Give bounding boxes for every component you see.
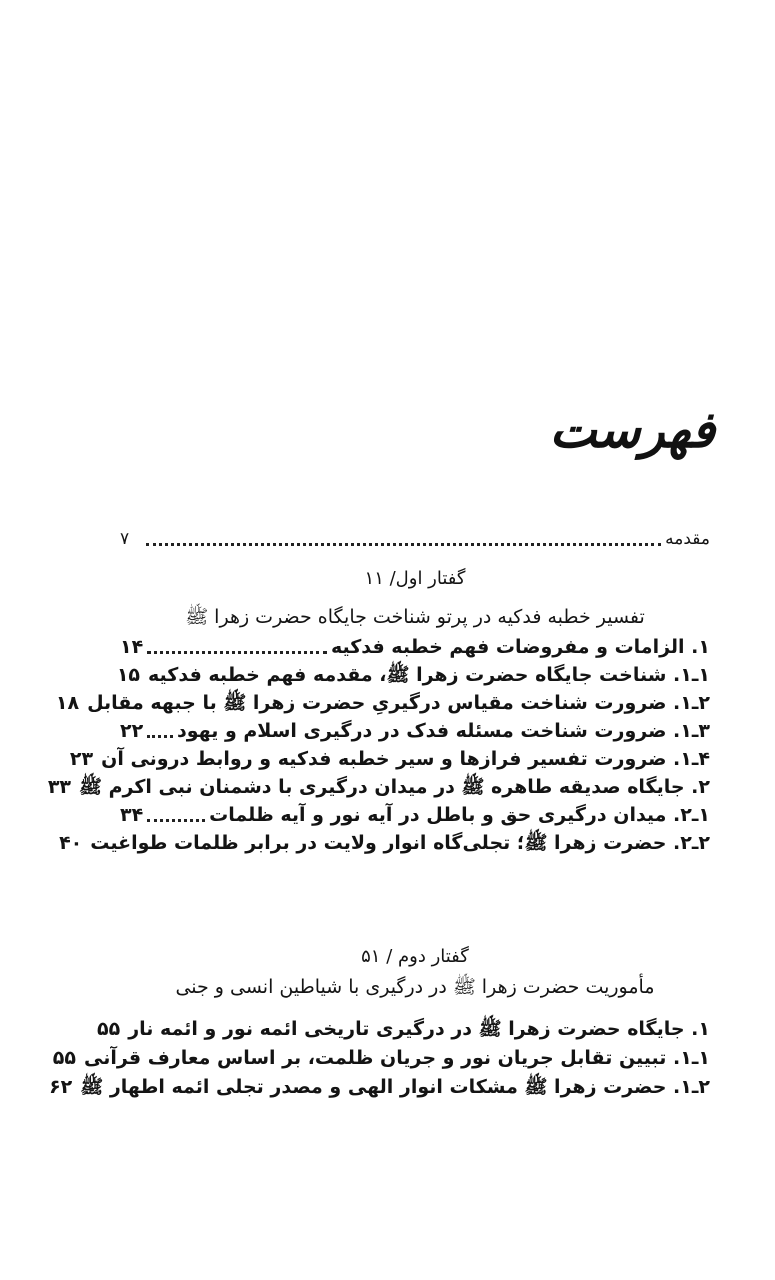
entry-label: ۱. جایگاه حضرت زهرا ﷺ در درگیری تاریخی ا…	[128, 1016, 710, 1042]
part-subtitle: مأموریت حضرت زهرا ﷺ در درگیری با شیاطین …	[120, 974, 710, 1000]
part-heading: گفتار دوم / ۵۱	[120, 944, 710, 970]
toc-entry: ۲ـ۱. حضرت زهرا ﷺ مشکات انوار الهی و مصدر…	[120, 1072, 710, 1100]
toc-entry-intro: مقدمه ۷	[120, 524, 710, 552]
page-title: فهرست	[515, 400, 715, 460]
toc-entry: ۲ـ۱. ضرورت شناخت مقیاس درگیریِ حضرت زهرا…	[120, 688, 710, 716]
dot-leader	[147, 813, 205, 822]
toc-page: فهرست مقدمه ۷ گفتار اول/ ۱۱ تفسیر خطبه ف…	[0, 0, 775, 1280]
entry-label: ۲ـ۱. ضرورت شناخت مقیاس درگیریِ حضرت زهرا…	[87, 690, 710, 716]
entry-label: ۲. جایگاه صدیقه طاهره ﷺ در میدان درگیری …	[79, 774, 710, 800]
toc-entry: ۱. جایگاه حضرت زهرا ﷺ در درگیری تاریخی ا…	[120, 1014, 710, 1042]
entry-page-number: ۳۴	[120, 802, 143, 828]
entry-page-number: ۵۵	[97, 1016, 120, 1042]
toc-entry: ۲ـ۲. حضرت زهرا ﷺ؛ تجلی‌گاه انوار ولایت د…	[120, 828, 710, 856]
entry-label: ۱. الزامات و مفروضات فهم خطبه فدکیه	[331, 634, 710, 660]
part-heading: گفتار اول/ ۱۱	[120, 566, 710, 592]
entry-label: ۱ـ۲. میدان درگیری حق و باطل در آیه نور و…	[209, 802, 710, 828]
entry-page-number: ۱۸	[56, 690, 79, 716]
entry-label: ۱ـ۱. شناخت جایگاه حضرت زهرا ﷺ، مقدمه فهم…	[148, 662, 710, 688]
toc-entry: ۳ـ۱. ضرورت شناخت مسئله فدک در درگیری اسل…	[120, 716, 710, 744]
dot-leader	[147, 729, 173, 738]
entry-page-number: ۳۳	[48, 774, 71, 800]
entry-label: ۳ـ۱. ضرورت شناخت مسئله فدک در درگیری اسل…	[177, 718, 710, 744]
toc-entry: ۱. الزامات و مفروضات فهم خطبه فدکیه ۱۴	[120, 632, 710, 660]
entry-page-number: ۱۵	[117, 662, 140, 688]
part-subtitle: تفسیر خطبه فدکیه در پرتو شناخت جایگاه حض…	[120, 604, 710, 630]
entry-label: ۲ـ۱. حضرت زهرا ﷺ مشکات انوار الهی و مصدر…	[80, 1074, 710, 1100]
entry-page-number: ۵۵	[53, 1045, 76, 1071]
entry-label: مقدمه	[665, 526, 710, 552]
toc-entry: ۲. جایگاه صدیقه طاهره ﷺ در میدان درگیری …	[120, 772, 710, 800]
entry-page-number: ۴۰	[59, 830, 82, 856]
dot-leader	[146, 537, 661, 546]
entry-label: ۱ـ۱. تبیین تقابل جریان نور و جریان ظلمت،…	[84, 1045, 710, 1071]
toc-entry: ۱ـ۱. تبیین تقابل جریان نور و جریان ظلمت،…	[120, 1043, 710, 1071]
toc-entry: ۱ـ۲. میدان درگیری حق و باطل در آیه نور و…	[120, 800, 710, 828]
dot-leader	[147, 645, 327, 654]
entry-page-number: ۶۲	[49, 1074, 72, 1100]
entry-page-number: ۲۳	[70, 746, 93, 772]
entry-page-number: ۱۴	[120, 634, 143, 660]
entry-label: ۴ـ۱. ضرورت تفسیر فرازها و سیر خطبه فدکیه…	[101, 746, 710, 772]
entry-label: ۲ـ۲. حضرت زهرا ﷺ؛ تجلی‌گاه انوار ولایت د…	[90, 830, 710, 856]
toc-entry: ۱ـ۱. شناخت جایگاه حضرت زهرا ﷺ، مقدمه فهم…	[120, 660, 710, 688]
toc-entry: ۴ـ۱. ضرورت تفسیر فرازها و سیر خطبه فدکیه…	[120, 744, 710, 772]
entry-page-number: ۷	[120, 526, 142, 552]
entry-page-number: ۲۲	[120, 718, 143, 744]
